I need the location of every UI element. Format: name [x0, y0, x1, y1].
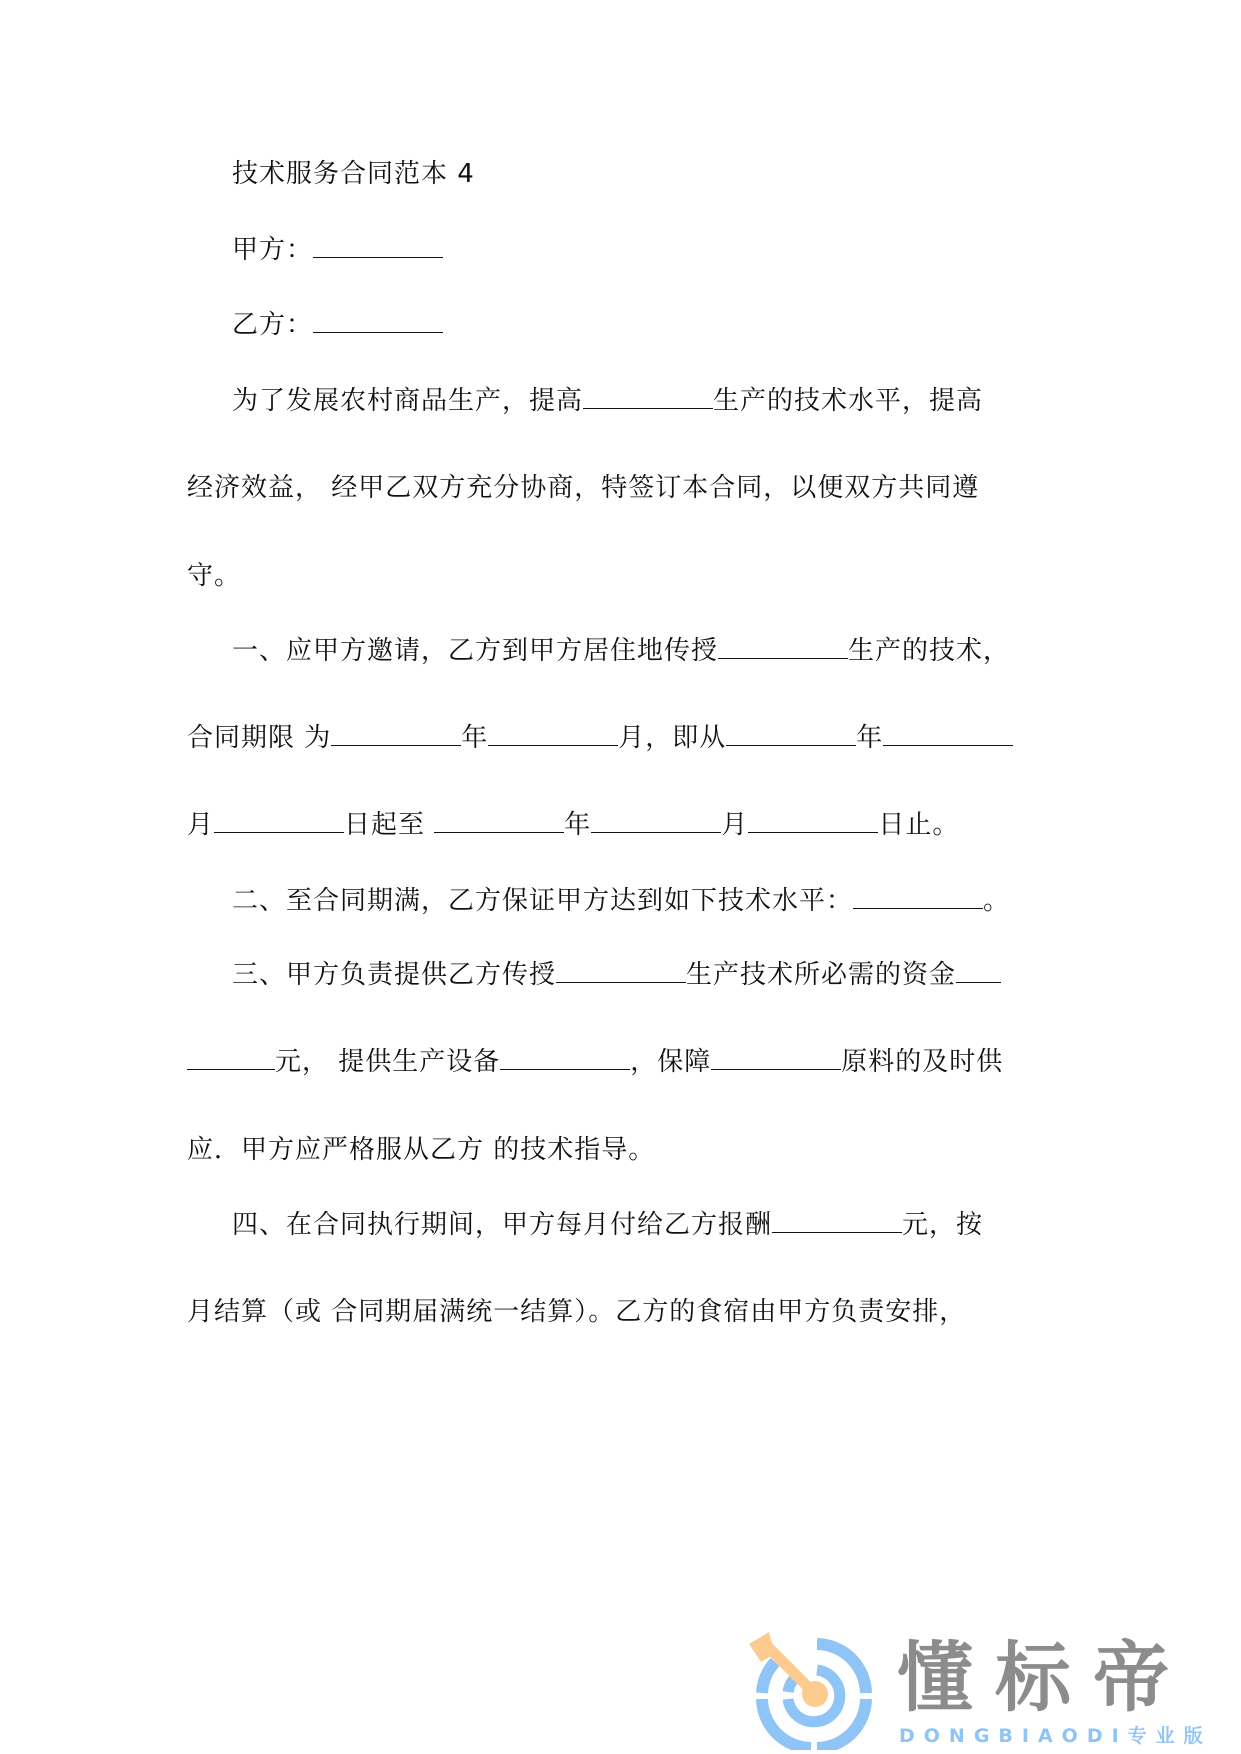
- text: 应．甲方应严格服从乙方 的技术指导。: [187, 1135, 655, 1165]
- clause-1-line: 月日起至 年月日止。: [187, 808, 959, 842]
- party-b-line: 乙方：: [232, 308, 443, 342]
- text: 生产技术所必需的资金: [686, 960, 956, 990]
- text: ，保障: [630, 1047, 711, 1077]
- document-page: 技术服务合同范本 4 甲方： 乙方： 为了发展农村商品生产，提高生产的技术水平，…: [0, 0, 1241, 1754]
- fill-blank: [772, 1210, 902, 1233]
- fill-blank: [331, 723, 461, 746]
- text: 生产的技术水平，提高: [713, 386, 983, 416]
- text: 。: [983, 886, 1010, 916]
- party-a-label: 甲方：: [232, 235, 313, 265]
- paragraph-line: 为了发展农村商品生产，提高生产的技术水平，提高: [232, 384, 983, 418]
- fill-blank: [214, 810, 344, 833]
- text: 年: [461, 723, 488, 753]
- fill-blank: [853, 886, 983, 909]
- fill-blank: [187, 1047, 275, 1070]
- text: 守。: [187, 561, 241, 591]
- fill-blank: [726, 723, 856, 746]
- text: 年: [564, 810, 591, 840]
- fill-blank: [488, 723, 618, 746]
- fill-blank: [583, 386, 713, 409]
- text: 原料的及时供: [841, 1047, 1003, 1077]
- title-text: 技术服务合同范本 4: [232, 159, 475, 189]
- text: 经济效益， 经甲乙双方充分协商，特签订本合同，以便双方共同遵: [187, 473, 979, 503]
- text: 为了发展农村商品生产，提高: [232, 386, 583, 416]
- clause-2-line: 二、至合同期满，乙方保证甲方达到如下技术水平：。: [232, 884, 1010, 918]
- paragraph-line: 守。: [187, 559, 241, 593]
- text: 元， 提供生产设备: [275, 1047, 500, 1077]
- text: 年: [856, 723, 883, 753]
- text: 月，即从: [618, 723, 726, 753]
- text: 一、应甲方邀请，乙方到甲方居住地传授: [232, 636, 718, 666]
- fill-blank: [748, 810, 878, 833]
- party-a-blank: [313, 235, 443, 258]
- text: 二、至合同期满，乙方保证甲方达到如下技术水平：: [232, 886, 853, 916]
- text: 月: [187, 810, 214, 840]
- clause-1-line: 合同期限 为年月，即从年: [187, 721, 1013, 755]
- text: 四、在合同执行期间，甲方每月付给乙方报酬: [232, 1210, 772, 1240]
- text: 月结算（或 合同期届满统一结算）。乙方的食宿由甲方负责安排，: [187, 1297, 966, 1327]
- clause-4-line: 四、在合同执行期间，甲方每月付给乙方报酬元，按: [232, 1208, 983, 1242]
- text: 日起至: [344, 810, 434, 840]
- clause-1-line: 一、应甲方邀请，乙方到甲方居住地传授生产的技术，: [232, 634, 1010, 668]
- clause-3-line: 元， 提供生产设备，保障原料的及时供: [187, 1045, 1003, 1079]
- brand-subtitle: DONGBIAODI专业版: [899, 1724, 1212, 1748]
- text: 合同期限 为: [187, 723, 331, 753]
- text: 三、甲方负责提供乙方传授: [232, 960, 556, 990]
- text: 生产的技术，: [848, 636, 1010, 666]
- fill-blank: [500, 1047, 630, 1070]
- clause-4-line: 月结算（或 合同期届满统一结算）。乙方的食宿由甲方负责安排，: [187, 1295, 966, 1329]
- fill-blank: [956, 960, 1001, 983]
- fill-blank: [883, 723, 1013, 746]
- clause-3-line: 三、甲方负责提供乙方传授生产技术所必需的资金: [232, 958, 1001, 992]
- text: 元，按: [902, 1210, 983, 1240]
- brand-watermark: 懂标帝 DONGBIAODI专业版: [745, 1632, 1225, 1750]
- party-a-line: 甲方：: [232, 233, 443, 267]
- fill-blank: [434, 810, 564, 833]
- party-b-label: 乙方：: [232, 310, 313, 340]
- paragraph-line: 经济效益， 经甲乙双方充分协商，特签订本合同，以便双方共同遵: [187, 471, 979, 505]
- brand-name: 懂标帝: [897, 1636, 1191, 1720]
- target-arrow-icon: [745, 1632, 875, 1750]
- clause-3-line: 应．甲方应严格服从乙方 的技术指导。: [187, 1133, 655, 1167]
- fill-blank: [718, 636, 848, 659]
- text: 月: [721, 810, 748, 840]
- fill-blank: [711, 1047, 841, 1070]
- party-b-blank: [313, 310, 443, 333]
- text: 日止。: [878, 810, 959, 840]
- document-title: 技术服务合同范本 4: [232, 157, 475, 191]
- fill-blank: [591, 810, 721, 833]
- fill-blank: [556, 960, 686, 983]
